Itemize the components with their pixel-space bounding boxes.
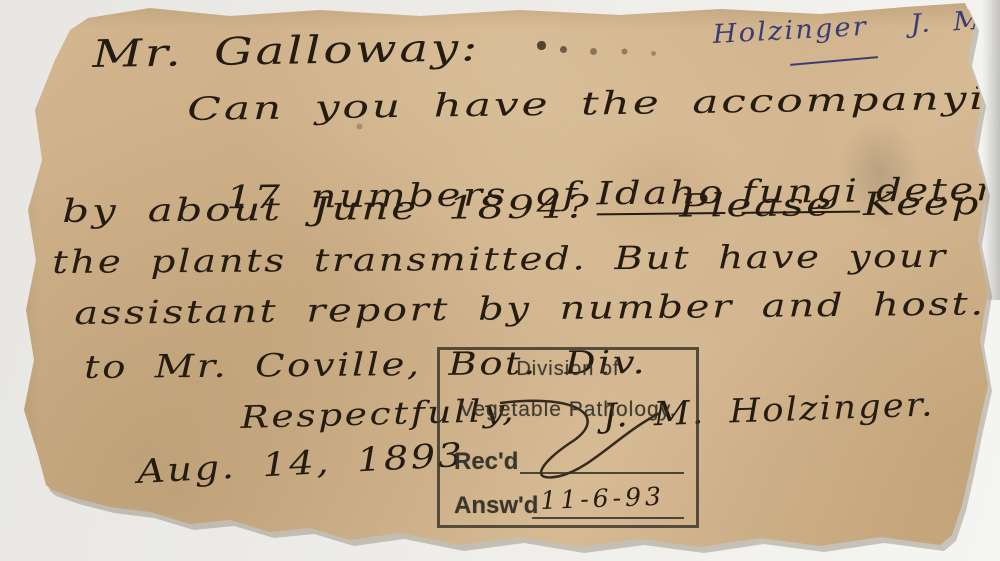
annotation-underline bbox=[790, 56, 878, 66]
photo-of-note: Holzinger J. M. Mr. Galloway: Can you ha… bbox=[0, 0, 1000, 561]
body-line-2: Can you have the accompanying bbox=[187, 78, 1000, 128]
torn-paper-note: Holzinger J. M. Mr. Galloway: Can you ha… bbox=[0, 0, 1000, 561]
stamp-recd-label: Rec'd bbox=[454, 448, 518, 476]
stamp-division-of: Division of bbox=[440, 358, 696, 381]
body-line-6: assistant report by number and host. bbox=[74, 284, 986, 332]
stamp-answd-value: 11-6-93 bbox=[540, 482, 665, 515]
annotation-holzinger: Holzinger J. M. bbox=[712, 5, 995, 50]
stamp-recd-line bbox=[520, 472, 684, 474]
salutation: Mr. Galloway: bbox=[92, 25, 480, 76]
edge-shadow bbox=[982, 0, 1000, 300]
division-stamp: Division of Vegetable Pathology. Rec'd A… bbox=[437, 347, 699, 528]
date: Aug. 14, 1893 bbox=[136, 435, 465, 491]
stamp-answd-line bbox=[532, 517, 684, 519]
stamp-vegetable-pathology: Vegetable Pathology. bbox=[440, 398, 696, 422]
body-line-4: by about June 1894? Please Keep bbox=[62, 184, 981, 230]
body-line-5: the plants transmitted. But have your bbox=[52, 237, 948, 281]
stamp-answd-label: Answ'd bbox=[454, 492, 538, 520]
